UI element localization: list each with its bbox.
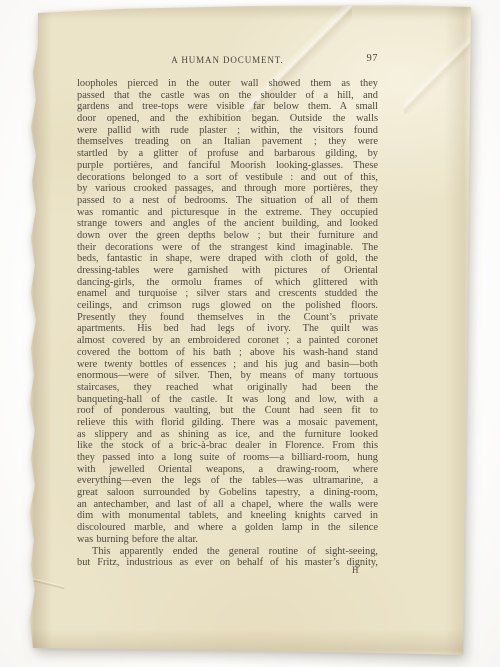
text-line: with jewelled Oriental weapons, a drawin… bbox=[77, 464, 378, 476]
text-line: Presently they found themselves in the C… bbox=[77, 312, 378, 324]
text-line: an antechamber, and last of all a chapel… bbox=[77, 499, 378, 511]
running-header-title: A HUMAN DOCUMENT. bbox=[77, 55, 378, 65]
text-line: everything—even the legs of the tables—w… bbox=[77, 475, 378, 487]
text-line: they passed into a long suite of rooms—a… bbox=[77, 452, 378, 464]
text-line: strange towers and angles of the ancient… bbox=[77, 218, 378, 230]
text-line: door opened, and the exhibition began. O… bbox=[77, 113, 378, 125]
body-text: loopholes pierced in the outer wall show… bbox=[77, 78, 378, 569]
text-line: enamel and turquoise ; silver stars and … bbox=[77, 288, 378, 300]
text-line: but Fritz, industrious as ever on behalf… bbox=[77, 557, 378, 569]
text-line: ceilings, and crimson rugs glowed on the… bbox=[77, 300, 378, 312]
printer-signature-mark: H bbox=[352, 565, 359, 575]
paper-crease-corner bbox=[404, 36, 470, 114]
text-line: by various crooked passages, and through… bbox=[77, 183, 378, 195]
text-line: staircases, they reached what originally… bbox=[77, 382, 378, 394]
page-number: 97 bbox=[367, 53, 379, 64]
text-line: passed that the castle was on the should… bbox=[77, 90, 378, 102]
text-line: were twenty bottles of essences ; and hi… bbox=[77, 359, 378, 371]
text-line: roof of ponderous vaulting, but the Coun… bbox=[77, 405, 378, 417]
text-line: discoloured marble, and where a golden l… bbox=[77, 522, 378, 534]
text-line: enormous—were of silver. Then, by means … bbox=[77, 370, 378, 382]
text-line: banqueting-hall of the castle. It was lo… bbox=[77, 394, 378, 406]
paper-crease-bottom-left bbox=[29, 579, 64, 590]
text-line: loopholes pierced in the outer wall show… bbox=[77, 78, 378, 90]
text-line: decorations belonged to a sort of vestib… bbox=[77, 172, 378, 184]
text-line: relieve this with florid gilding. There … bbox=[77, 417, 378, 429]
text-line: covered the bottom of his bath ; above h… bbox=[77, 347, 378, 359]
page-content: A HUMAN DOCUMENT. 97 loopholes pierced i… bbox=[77, 0, 378, 667]
text-line: startled by a glitter of profuse and bar… bbox=[77, 148, 378, 160]
text-line: was romantic and picturesque in the extr… bbox=[77, 207, 378, 219]
page-shadow: A HUMAN DOCUMENT. 97 loopholes pierced i… bbox=[0, 0, 500, 667]
text-line: as slippery and as shining as ice, and t… bbox=[77, 429, 378, 441]
text-line: like the stock of a bric-à-brac dealer i… bbox=[77, 440, 378, 452]
text-line: were pallid with rude plaster ; within, … bbox=[77, 125, 378, 137]
text-line: apartments. His bed had legs of ivory. T… bbox=[77, 323, 378, 335]
text-line: passed to a nest of bedrooms. The situat… bbox=[77, 195, 378, 207]
text-line: dressing-tables were garnished with pict… bbox=[77, 265, 378, 277]
text-line: This apparently ended the general routin… bbox=[77, 546, 378, 558]
text-line: was burning before the altar. bbox=[77, 534, 378, 546]
text-line: their decorations were of the strangest … bbox=[77, 242, 378, 254]
text-line: almost covered by an embroidered coronet… bbox=[77, 335, 378, 347]
text-line: dim with monumental tablets, and kneelin… bbox=[77, 510, 378, 522]
text-line: gardens and tree-tops were visible far b… bbox=[77, 101, 378, 113]
text-line: purple portières, and fanciful Moorish l… bbox=[77, 160, 378, 172]
text-line: down over the green depths below ; but t… bbox=[77, 230, 378, 242]
book-page: A HUMAN DOCUMENT. 97 loopholes pierced i… bbox=[0, 0, 500, 667]
text-line: beds, fantastic in shape, were draped wi… bbox=[77, 253, 378, 265]
text-line: themselves treading on an Italian paveme… bbox=[77, 136, 378, 148]
text-line: great saloon surrounded by Gobelins tape… bbox=[77, 487, 378, 499]
text-line: dancing-girls, the ormolu frames of whic… bbox=[77, 277, 378, 289]
